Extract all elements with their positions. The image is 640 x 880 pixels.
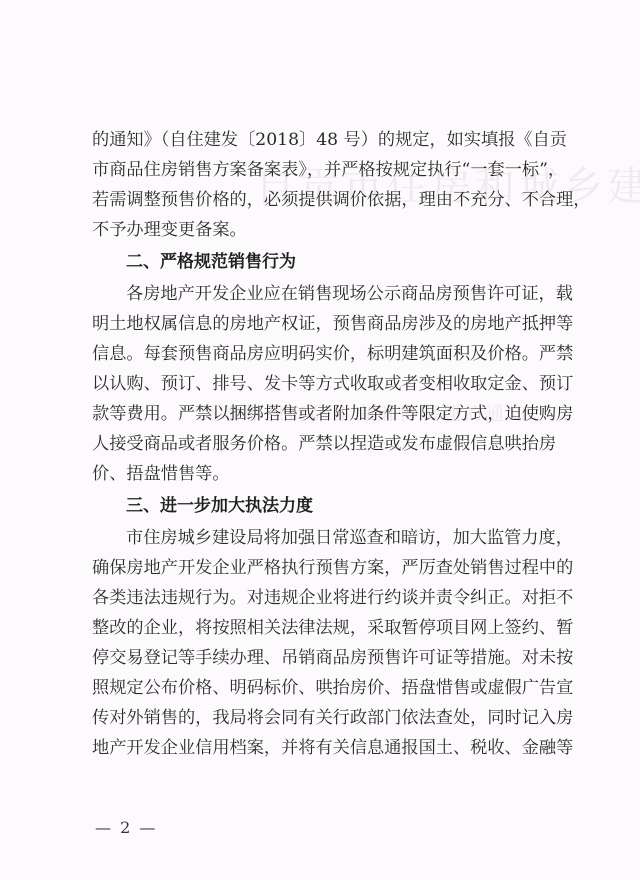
text-line: 各类违法违规行为。对违规企业将进行约谈并责令纠正。对拒不 [92, 583, 552, 613]
text-line: 照规定公布价格、明码标价、哄抬房价、捂盘惜售或虚假广告宣 [92, 673, 552, 703]
text-line: 的通知》（自住建发〔2018〕48 号）的规定，如实填报《自贡 [92, 125, 552, 155]
section-2: 二、严格规范销售行为 各房地产开发企业应在销售现场公示商品房预售许可证，载 明土… [92, 247, 552, 489]
paragraph-intro: 的通知》（自住建发〔2018〕48 号）的规定，如实填报《自贡 市商品住房销售方… [92, 125, 552, 245]
text-line: 停交易登记等手续办理、吊销商品房预售许可证等措施。对未按 [92, 643, 552, 673]
text-line: 款等费用。严禁以捆绑搭售或者附加条件等限定方式，迫使购房 [92, 399, 552, 429]
text-line: 市商品住房销售方案备案表》，并严格按规定执行“一套一标”， [92, 155, 552, 185]
text-line: 市住房城乡建设局将加强日常巡查和暗访，加大监管力度， [92, 523, 552, 553]
text-line: 各房地产开发企业应在销售现场公示商品房预售许可证，载 [92, 279, 552, 309]
section-heading: 三、进一步加大执法力度 [92, 491, 552, 521]
text-line: 价、捂盘惜售等。 [92, 459, 552, 489]
section-3: 三、进一步加大执法力度 市住房城乡建设局将加强日常巡查和暗访，加大监管力度， 确… [92, 491, 552, 763]
text-line: 人接受商品或者服务价格。严禁以捏造或发布虚假信息哄抬房 [92, 429, 552, 459]
text-line: 地产开发企业信用档案，并将有关信息通报国土、税收、金融等 [92, 733, 552, 763]
text-line: 确保房地产开发企业严格执行预售方案，严厉查处销售过程中的 [92, 553, 552, 583]
text-line: 整改的企业，将按照相关法律法规，采取暂停项目网上签约、暂 [92, 613, 552, 643]
document-body: 的通知》（自住建发〔2018〕48 号）的规定，如实填报《自贡 市商品住房销售方… [92, 125, 552, 763]
text-line: 若需调整预售价格的，必须提供调价依据，理由不充分、不合理， [92, 185, 552, 215]
text-line: 明土地权属信息的房地产权证，预售商品房涉及的房地产抵押等 [92, 309, 552, 339]
section-heading: 二、严格规范销售行为 [92, 247, 552, 277]
text-line: 以认购、预订、排号、发卡等方式收取或者变相收取定金、预订 [92, 369, 552, 399]
page-number: — 2 — [95, 818, 157, 837]
text-line: 信息。每套预售商品房应明码实价，标明建筑面积及价格。严禁 [92, 339, 552, 369]
text-line: 不予办理变更备案。 [92, 215, 552, 245]
document-page: 自贡市住房和城乡建 关于加强商品住房销售管理的通知 的通知》（自住建发〔2018… [0, 0, 640, 880]
text-line: 传对外销售的，我局将会同有关行政部门依法查处，同时记入房 [92, 703, 552, 733]
